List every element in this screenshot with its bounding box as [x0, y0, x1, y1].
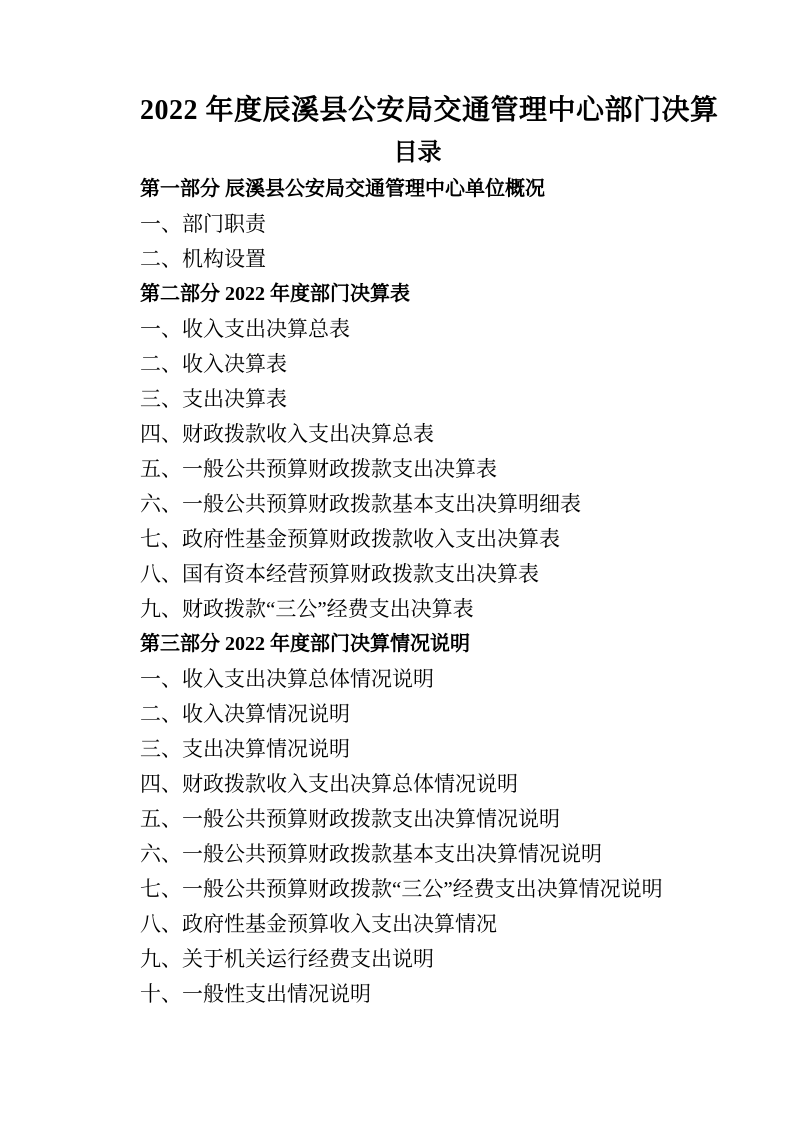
toc-item: 二、收入决算表 [140, 347, 695, 382]
toc-item: 三、支出决算情况说明 [140, 732, 695, 767]
toc-item: 五、一般公共预算财政拨款支出决算表 [140, 452, 695, 487]
toc-item: 七、政府性基金预算财政拨款收入支出决算表 [140, 522, 695, 557]
toc-item: 四、财政拨款收入支出决算总表 [140, 417, 695, 452]
toc-item: 一、部门职责 [140, 207, 695, 242]
toc-section-heading-1: 第一部分 辰溪县公安局交通管理中心单位概况 [140, 172, 695, 207]
document-title: 2022 年度辰溪县公安局交通管理中心部门决算 [140, 88, 695, 134]
toc-item: 七、一般公共预算财政拨款“三公”经费支出决算情况说明 [140, 872, 695, 907]
toc-heading: 目录 [140, 134, 695, 172]
toc-section-heading-3: 第三部分 2022 年度部门决算情况说明 [140, 627, 695, 662]
toc-item: 一、收入支出决算总表 [140, 312, 695, 347]
toc-item: 五、一般公共预算财政拨款支出决算情况说明 [140, 802, 695, 837]
toc-item: 九、关于机关运行经费支出说明 [140, 942, 695, 977]
toc-item: 十、一般性支出情况说明 [140, 977, 695, 1012]
document-page: 2022 年度辰溪县公安局交通管理中心部门决算 目录 第一部分 辰溪县公安局交通… [0, 0, 793, 1122]
toc-section-heading-2: 第二部分 2022 年度部门决算表 [140, 277, 695, 312]
toc-item: 八、国有资本经营预算财政拨款支出决算表 [140, 557, 695, 592]
toc-item: 九、财政拨款“三公”经费支出决算表 [140, 592, 695, 627]
toc-item: 二、机构设置 [140, 242, 695, 277]
toc-item: 六、一般公共预算财政拨款基本支出决算情况说明 [140, 837, 695, 872]
toc-item: 六、一般公共预算财政拨款基本支出决算明细表 [140, 487, 695, 522]
toc-item: 四、财政拨款收入支出决算总体情况说明 [140, 767, 695, 802]
toc-item: 三、支出决算表 [140, 382, 695, 417]
toc-item: 八、政府性基金预算收入支出决算情况 [140, 907, 695, 942]
toc-item: 二、收入决算情况说明 [140, 697, 695, 732]
toc-item: 一、收入支出决算总体情况说明 [140, 662, 695, 697]
